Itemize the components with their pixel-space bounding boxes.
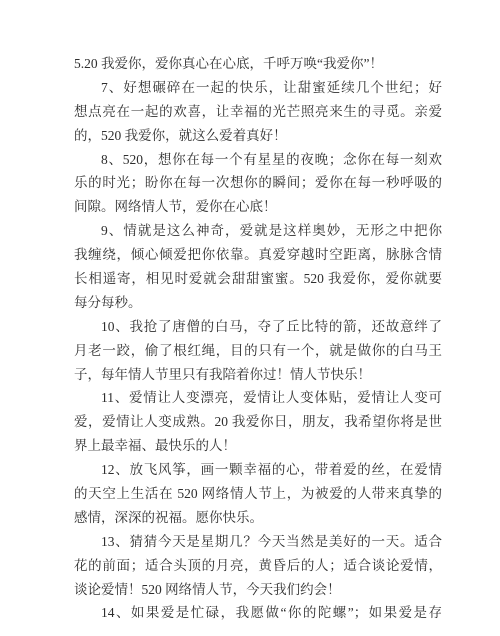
text-line: 间隙。网络情人节，爱你在心底！ bbox=[74, 195, 442, 219]
text-line: 每分每秒。 bbox=[74, 291, 442, 315]
text-line: 想点亮在一起的欢喜，让幸福的光芒照亮来生的寻觅。亲爱 bbox=[74, 100, 442, 124]
text-line: 的天空上生活在 520 网络情人节上，为被爱的人带来真挚的 bbox=[74, 482, 442, 506]
text-line: 界上最幸福、最快乐的人！ bbox=[74, 434, 442, 458]
text-line: 乐的时光；盼你在每一次想你的瞬间；爱你在每一秒呼吸的 bbox=[74, 171, 442, 195]
text-line: 感情，深深的祝福。愿你快乐。 bbox=[74, 506, 442, 530]
text-line: 8、520，想你在每一个有星星的夜晚；念你在每一刻欢 bbox=[74, 148, 442, 172]
document-page: 5.20 我爱你，爱你真心在心底，千呼万唤“我爱你”！ 7、好想碾碎在一起的快乐… bbox=[74, 52, 442, 625]
text-line: 11、爱情让人变漂亮，爱情让人变体贴，爱情让人变可 bbox=[74, 386, 442, 410]
text-line: 7、好想碾碎在一起的快乐，让甜蜜延续几个世纪；好 bbox=[74, 76, 442, 100]
text-line: 长相遥寄，相见时爱就会甜甜蜜蜜。520 我爱你，爱你就要 bbox=[74, 267, 442, 291]
text-line: 我缠绕，倾心倾爱把你依靠。真爱穿越时空距离，脉脉含情 bbox=[74, 243, 442, 267]
text-line: 月老一跤，偷了根红绳，目的只有一个，就是做你的白马王 bbox=[74, 339, 442, 363]
text-line: 12、放飞风筝，画一颗幸福的心，带着爱的丝，在爱情 bbox=[74, 458, 442, 482]
text-line: 的，520 我爱你，就这么爱着真好！ bbox=[74, 124, 442, 148]
text-line: 10、我抢了唐僧的白马，夺了丘比特的箭，还故意绊了 bbox=[74, 315, 442, 339]
text-line: 花的前面；适合头顶的月亮，黄昏后的人；适合谈论爱情， bbox=[74, 554, 442, 578]
text-line: 14、如果爱是忙碌，我愿做“你的陀螺”；如果爱是存 bbox=[74, 601, 442, 625]
text-line: 谈论爱情！520 网络情人节，今天我们约会！ bbox=[74, 578, 442, 602]
text-line: 爱，爱情让人变成熟。20 我爱你日，朋友，我希望你将是世 bbox=[74, 410, 442, 434]
text-line: 13、猜猜今天是星期几？今天当然是美好的一天。适合 bbox=[74, 530, 442, 554]
text-line: 5.20 我爱你，爱你真心在心底，千呼万唤“我爱你”！ bbox=[74, 52, 442, 76]
text-line: 子，每年情人节里只有我陪着你过！情人节快乐！ bbox=[74, 363, 442, 387]
text-line: 9、情就是这么神奇，爱就是这样奥妙，无形之中把你 bbox=[74, 219, 442, 243]
